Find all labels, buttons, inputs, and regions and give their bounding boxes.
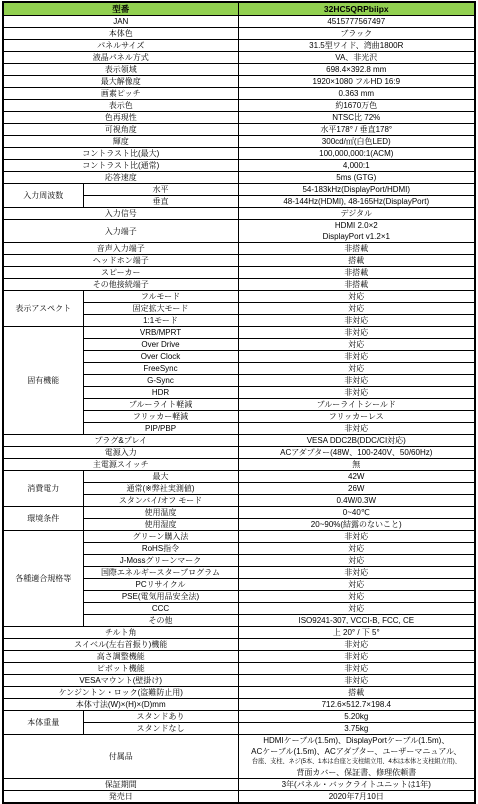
spec-label-cell: 主電源スイッチ [3, 459, 238, 471]
spec-row: 高さ調整機能非対応 [3, 651, 475, 663]
spec-label-cell: 使用湿度 [83, 519, 238, 531]
spec-label-cell: コントラスト比(通常) [3, 160, 238, 172]
spec-label-cell: スイベル(左右首振り)機能 [3, 639, 238, 651]
spec-label-cell: 液晶パネル方式 [3, 52, 238, 64]
spec-row: 最大解像度1920×1080 フルHD 16:9 [3, 76, 475, 88]
spec-label-cell: 固定拡大モード [83, 303, 238, 315]
spec-row: コントラスト比(通常)4,000:1 [3, 160, 475, 172]
spec-row: 入力信号デジタル [3, 208, 475, 220]
spec-label-cell: 本体色 [3, 28, 238, 40]
spec-value-cell: HDMI 2.0×2DisplayPort v1.2×1 [238, 220, 475, 243]
spec-row: 発売日2020年7月10日 [3, 791, 475, 804]
spec-value-cell: 非搭載 [238, 279, 475, 291]
spec-label-cell: 発売日 [3, 791, 238, 804]
spec-value-cell: 非対応 [238, 423, 475, 435]
spec-label-cell: ヘッドホン端子 [3, 255, 238, 267]
spec-label-cell: VESAマウント(壁掛け) [3, 675, 238, 687]
spec-label-cell: G-Sync [83, 375, 238, 387]
spec-value-cell: 3年(パネル・バックライトユニットは1年) [238, 779, 475, 791]
spec-row: 固有機能VRB/MPRT非対応 [3, 327, 475, 339]
spec-value-cell: 1920×1080 フルHD 16:9 [238, 76, 475, 88]
spec-label-cell: スタンドなし [83, 723, 238, 735]
spec-value-cell: 非搭載 [238, 243, 475, 255]
spec-label-cell: フリッカー軽減 [83, 411, 238, 423]
spec-label-cell: 音声入力端子 [3, 243, 238, 255]
spec-row: 本体寸法(W)×(H)×(D)mm712.6×512.7×198.4 [3, 699, 475, 711]
spec-row: スイベル(左右首振り)機能非対応 [3, 639, 475, 651]
spec-label-cell: スピーカー [3, 267, 238, 279]
spec-group-cell: 本体重量 [3, 711, 83, 735]
spec-label-cell: その他接続端子 [3, 279, 238, 291]
spec-row: スピーカー非搭載 [3, 267, 475, 279]
spec-label-cell: ピボット機能 [3, 663, 238, 675]
spec-value-cell: 上 20° / 下 5° [238, 627, 475, 639]
spec-value-cell: 非対応 [238, 663, 475, 675]
spec-group-cell: 固有機能 [3, 327, 83, 435]
spec-value-cell: 非対応 [238, 531, 475, 543]
spec-row: 保証期間3年(パネル・バックライトユニットは1年) [3, 779, 475, 791]
spec-label-cell: FreeSync [83, 363, 238, 375]
spec-label-cell: スタンバイ/オフ モード [83, 495, 238, 507]
spec-label-cell: 表示色 [3, 100, 238, 112]
spec-row: 本体色ブラック [3, 28, 475, 40]
spec-header-row: 型番 32HC5QRPbiipx [3, 2, 475, 16]
spec-row: パネルサイズ31.5型ワイド、湾曲1800R [3, 40, 475, 52]
spec-row: 本体重量スタンドあり5.20kg [3, 711, 475, 723]
spec-row: 付属品HDMIケーブル(1.5m)、DisplayPortケーブル(1.5m)、… [3, 735, 475, 779]
spec-label-cell: 入力端子 [3, 220, 238, 243]
spec-value-cell: 非対応 [238, 675, 475, 687]
spec-group-cell: 表示アスペクト [3, 291, 83, 327]
spec-header-model-cell: 32HC5QRPbiipx [238, 2, 475, 16]
spec-value-cell: 26W [238, 483, 475, 495]
spec-value-cell: 非対応 [238, 567, 475, 579]
spec-value-cell: ブルーライトシールド [238, 399, 475, 411]
spec-value-cell: 4,000:1 [238, 160, 475, 172]
spec-row: 各種適合規格等グリーン購入法非対応 [3, 531, 475, 543]
spec-value-cell: 無 [238, 459, 475, 471]
spec-label-cell: ブルーライト軽減 [83, 399, 238, 411]
spec-value-cell: 非対応 [238, 327, 475, 339]
spec-row: 入力端子HDMI 2.0×2DisplayPort v1.2×1 [3, 220, 475, 243]
spec-row: 輝度300cd/㎡(白色LED) [3, 136, 475, 148]
spec-label-cell: その他 [83, 615, 238, 627]
spec-label-cell: スタンドあり [83, 711, 238, 723]
spec-value-cell: 対応 [238, 303, 475, 315]
spec-label-cell: ケンジントン・ロック(盗難防止用) [3, 687, 238, 699]
spec-value-cell: 対応 [238, 339, 475, 351]
spec-label-cell: 保証期間 [3, 779, 238, 791]
spec-row: プラグ&プレイVESA DDC2B(DDC/CI対応) [3, 435, 475, 447]
spec-label-cell: 1:1モード [83, 315, 238, 327]
spec-value-cell: 0.4W/0.3W [238, 495, 475, 507]
spec-row: 表示領域698.4×392.8 mm [3, 64, 475, 76]
spec-value-cell: ブラック [238, 28, 475, 40]
spec-value-cell: 水平178° / 垂直178° [238, 124, 475, 136]
spec-label-cell: 色再現性 [3, 112, 238, 124]
spec-row: VESAマウント(壁掛け)非対応 [3, 675, 475, 687]
spec-value-cell: 約1670万色 [238, 100, 475, 112]
spec-value-cell: VESA DDC2B(DDC/CI対応) [238, 435, 475, 447]
spec-label-cell: コントラスト比(最大) [3, 148, 238, 160]
spec-row: その他接続端子非搭載 [3, 279, 475, 291]
spec-row: 消費電力最大42W [3, 471, 475, 483]
spec-value-cell: 42W [238, 471, 475, 483]
spec-value-cell: 対応 [238, 291, 475, 303]
spec-label-cell: 電源入力 [3, 447, 238, 459]
spec-row: ケンジントン・ロック(盗難防止用)搭載 [3, 687, 475, 699]
spec-label-cell: チルト角 [3, 627, 238, 639]
spec-label-cell: 高さ調整機能 [3, 651, 238, 663]
spec-label-cell: VRB/MPRT [83, 327, 238, 339]
spec-label-cell: HDR [83, 387, 238, 399]
spec-sheet: 型番 32HC5QRPbiipx JAN4515777567497本体色ブラック… [0, 0, 478, 800]
spec-label-cell: 画素ピッチ [3, 88, 238, 100]
spec-row: 液晶パネル方式VA、非光沢 [3, 52, 475, 64]
spec-value-cell: 対応 [238, 363, 475, 375]
spec-value-cell: 0.363 mm [238, 88, 475, 100]
spec-value-cell: ACアダプター(48W、100-240V、50/60Hz) [238, 447, 475, 459]
spec-value-cell: 非対応 [238, 651, 475, 663]
spec-label-cell: 入力信号 [3, 208, 238, 220]
spec-label-cell: 付属品 [3, 735, 238, 779]
spec-value-cell: ISO9241-307, VCCI-B, FCC, CE [238, 615, 475, 627]
spec-row: 画素ピッチ0.363 mm [3, 88, 475, 100]
spec-label-cell: 輝度 [3, 136, 238, 148]
spec-label-cell: PSE(電気用品安全法) [83, 591, 238, 603]
spec-value-cell: フリッカーレス [238, 411, 475, 423]
spec-label-cell: 本体寸法(W)×(H)×(D)mm [3, 699, 238, 711]
spec-label-cell: 応答速度 [3, 172, 238, 184]
spec-label-cell: 最大解像度 [3, 76, 238, 88]
spec-value-cell: 20~90%(結露のないこと) [238, 519, 475, 531]
spec-value-line: ACケーブル(1.5m)、ACアダプター、ユーザーマニュアル、 [240, 746, 474, 757]
spec-value-cell: 712.6×512.7×198.4 [238, 699, 475, 711]
spec-value-cell: 非搭載 [238, 267, 475, 279]
spec-value-cell: 非対応 [238, 639, 475, 651]
spec-row: ヘッドホン端子搭載 [3, 255, 475, 267]
spec-header-label-cell: 型番 [3, 2, 238, 16]
spec-value-cell: 2020年7月10日 [238, 791, 475, 804]
spec-label-cell: J-Mossグリーンマーク [83, 555, 238, 567]
spec-value-line: HDMI 2.0×2 [240, 220, 474, 231]
spec-row: 環境条件使用温度0~40℃ [3, 507, 475, 519]
spec-value-cell: 対応 [238, 543, 475, 555]
spec-value-cell: 非対応 [238, 375, 475, 387]
spec-row: 表示色約1670万色 [3, 100, 475, 112]
spec-label-cell: PCリサイクル [83, 579, 238, 591]
spec-row: 電源入力ACアダプター(48W、100-240V、50/60Hz) [3, 447, 475, 459]
spec-label-cell: パネルサイズ [3, 40, 238, 52]
spec-label-cell: PIP/PBP [83, 423, 238, 435]
spec-value-line: 背面カバー、保証書、修理依頼書 [240, 767, 474, 778]
spec-value-line: DisplayPort v1.2×1 [240, 231, 474, 242]
spec-label-cell: 垂直 [83, 196, 238, 208]
spec-label-cell: RoHS指令 [83, 543, 238, 555]
spec-label-cell: フルモード [83, 291, 238, 303]
spec-label-cell: 可視角度 [3, 124, 238, 136]
spec-value-cell: 0~40℃ [238, 507, 475, 519]
spec-value-cell: 48-144Hz(HDMI), 48-165Hz(DisplayPort) [238, 196, 475, 208]
spec-value-cell: 698.4×392.8 mm [238, 64, 475, 76]
spec-value-cell: 対応 [238, 603, 475, 615]
spec-row: 色再現性NTSC比 72% [3, 112, 475, 124]
spec-value-cell: 54-183kHz(DisplayPort/HDMI) [238, 184, 475, 196]
spec-row: チルト角上 20° / 下 5° [3, 627, 475, 639]
spec-row: JAN4515777567497 [3, 16, 475, 28]
spec-value-cell: 搭載 [238, 687, 475, 699]
spec-value-cell: 31.5型ワイド、湾曲1800R [238, 40, 475, 52]
spec-group-cell: 各種適合規格等 [3, 531, 83, 627]
spec-value-cell: 4515777567497 [238, 16, 475, 28]
spec-label-cell: 表示領域 [3, 64, 238, 76]
spec-value-cell: 非対応 [238, 315, 475, 327]
spec-value-cell: HDMIケーブル(1.5m)、DisplayPortケーブル(1.5m)、ACケ… [238, 735, 475, 779]
spec-value-cell: VA、非光沢 [238, 52, 475, 64]
spec-value-cell: 非対応 [238, 387, 475, 399]
spec-label-cell: 最大 [83, 471, 238, 483]
spec-row: 主電源スイッチ無 [3, 459, 475, 471]
spec-value-cell: 5ms (GTG) [238, 172, 475, 184]
spec-label-cell: 国際エネルギースタープログラム [83, 567, 238, 579]
spec-label-cell: JAN [3, 16, 238, 28]
spec-value-cell: 5.20kg [238, 711, 475, 723]
spec-value-cell: NTSC比 72% [238, 112, 475, 124]
spec-value-cell: 100,000,000:1(ACM) [238, 148, 475, 160]
spec-row: 表示アスペクトフルモード対応 [3, 291, 475, 303]
spec-row: 入力周波数水平54-183kHz(DisplayPort/HDMI) [3, 184, 475, 196]
spec-label-cell: CCC [83, 603, 238, 615]
spec-value-line: HDMIケーブル(1.5m)、DisplayPortケーブル(1.5m)、 [240, 735, 474, 746]
spec-label-cell: グリーン購入法 [83, 531, 238, 543]
spec-value-cell: 対応 [238, 579, 475, 591]
spec-label-cell: 使用温度 [83, 507, 238, 519]
spec-row: 可視角度水平178° / 垂直178° [3, 124, 475, 136]
spec-row: コントラスト比(最大)100,000,000:1(ACM) [3, 148, 475, 160]
spec-table: 型番 32HC5QRPbiipx JAN4515777567497本体色ブラック… [2, 1, 476, 804]
spec-value-cell: 非対応 [238, 351, 475, 363]
spec-label-cell: プラグ&プレイ [3, 435, 238, 447]
spec-table-body: JAN4515777567497本体色ブラックパネルサイズ31.5型ワイド、湾曲… [3, 16, 475, 804]
spec-value-cell: 対応 [238, 555, 475, 567]
spec-value-line: 台座、支柱、ネジ(5本、1本は台座と支柱組立用、4本は本体と支柱組立用)、 [240, 757, 474, 767]
spec-label-cell: Over Clock [83, 351, 238, 363]
spec-value-cell: 搭載 [238, 255, 475, 267]
spec-label-cell: 通常(※弊社実測値) [83, 483, 238, 495]
spec-value-cell: 3.75kg [238, 723, 475, 735]
spec-value-cell: 対応 [238, 591, 475, 603]
spec-group-cell: 環境条件 [3, 507, 83, 531]
spec-value-cell: デジタル [238, 208, 475, 220]
spec-row: 音声入力端子非搭載 [3, 243, 475, 255]
spec-label-cell: Over Drive [83, 339, 238, 351]
spec-row: 応答速度5ms (GTG) [3, 172, 475, 184]
spec-value-cell: 300cd/㎡(白色LED) [238, 136, 475, 148]
spec-row: ピボット機能非対応 [3, 663, 475, 675]
spec-label-cell: 水平 [83, 184, 238, 196]
spec-group-cell: 消費電力 [3, 471, 83, 507]
spec-group-cell: 入力周波数 [3, 184, 83, 208]
